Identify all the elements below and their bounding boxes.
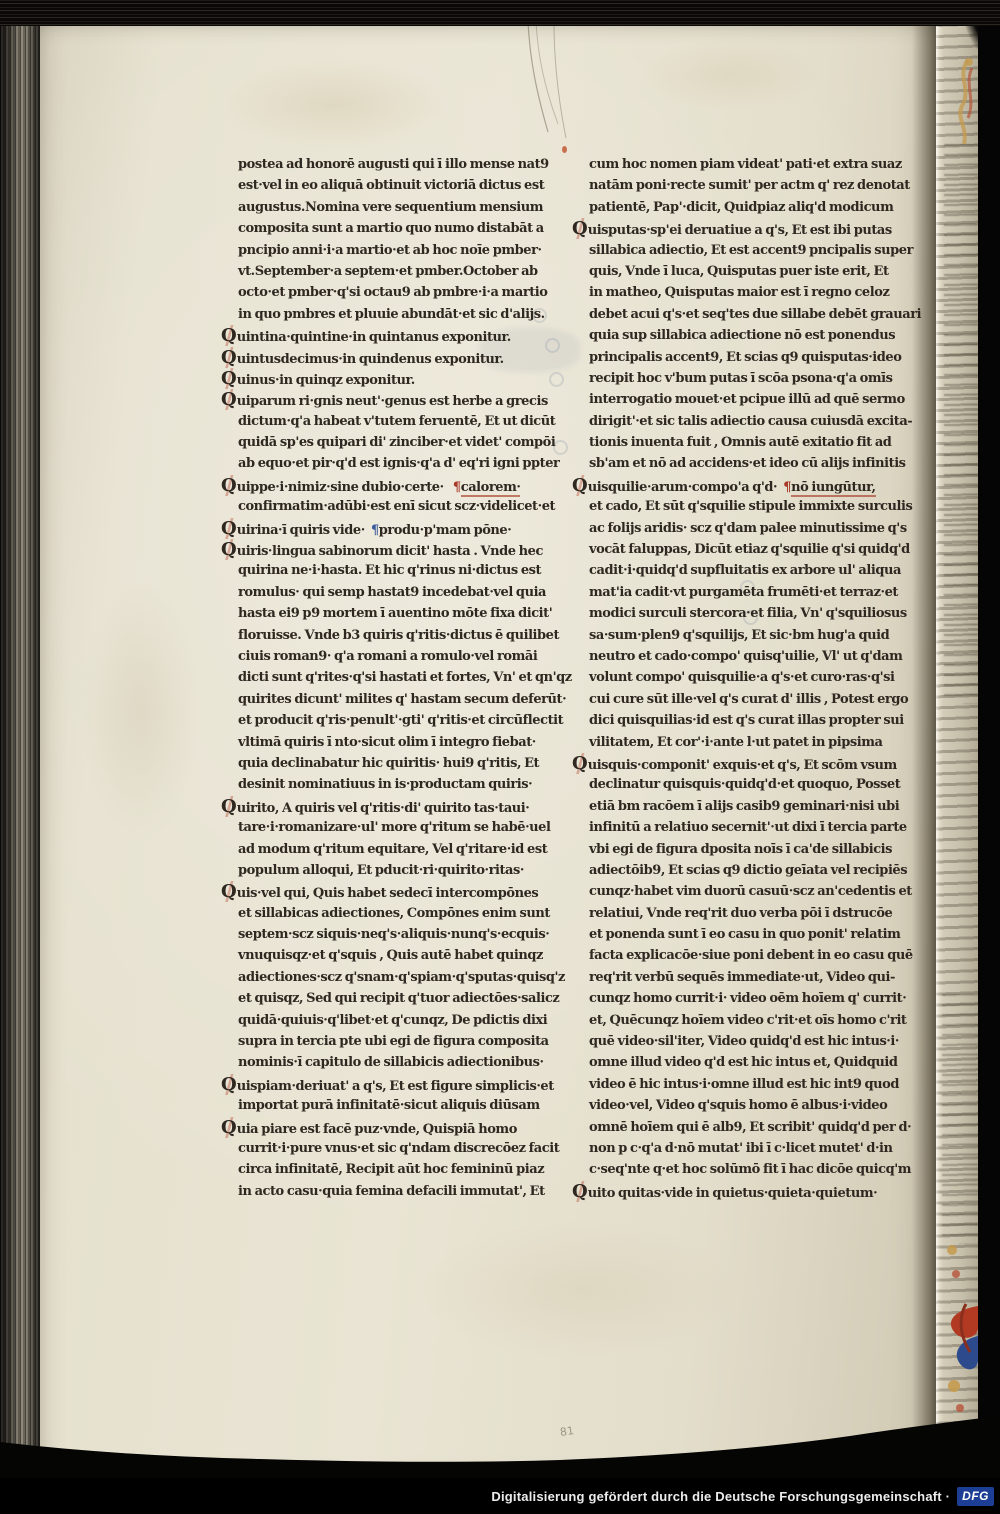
entry-initial: Q — [221, 539, 237, 560]
gutter-shadow — [912, 20, 938, 1472]
text-line: importat purā infinitatē·sicut aliquis d… — [221, 1095, 565, 1116]
entry-initial: Q — [221, 881, 237, 902]
entry-line: Quisputas·sp'ei deruatiue a q's, Et est … — [572, 218, 928, 239]
entry-line: Quis·vel qui, Quis habet sedecī intercom… — [221, 881, 565, 902]
text-line: omnē hoīem qui ē alb9, Et scribit' quidq… — [572, 1117, 928, 1138]
entry-line: Quispiam·deriuat' a q's, Et est figure s… — [221, 1074, 565, 1095]
text-line: et ponenda sunt ī eo casu in quo ponit' … — [572, 924, 928, 945]
entry-initial: Q — [221, 518, 237, 539]
text-line: ad modum q'ritum equitare, Vel q'ritare·… — [221, 839, 565, 860]
text-line: volunt compo' quisquilie·a q's·et curo·r… — [572, 667, 928, 688]
entry-line: Quisquis·componit' exquis·et q's, Et scō… — [572, 753, 928, 774]
text-line: floruisse. Vnde b3 quiris q'ritis·dictus… — [221, 625, 565, 646]
text-column-left: postea ad honorē augusti qui ī illo mens… — [221, 154, 565, 1202]
facing-page-text-blur — [944, 144, 978, 704]
entry-initial: Q — [572, 753, 588, 774]
text-line: quis, Vnde ī luca, Quisputas puer iste e… — [572, 261, 928, 282]
credit-text: Digitalisierung gefördert durch die Deut… — [491, 1489, 950, 1504]
text-line: et quisqz, Sed qui recipit q'tuor adiect… — [221, 988, 565, 1009]
text-line: sa·sum·plen9 q'squilijs, Et sic·bm hug'a… — [572, 625, 928, 646]
text-line: cunqz·habet vim duorū casuū·scz an'ceden… — [572, 881, 928, 902]
text-line: hasta ei9 p9 mortem ī auentino mōte fixa… — [221, 603, 565, 624]
text-line: et producit q'ris·penult'·gti' q'ritis·e… — [221, 710, 565, 731]
entry-line: Quippe·i·nimiz·sine dubio·certe· ¶calore… — [221, 475, 565, 496]
text-line: interrogatio mouet·et pcipue illū ad quē… — [572, 389, 928, 410]
text-line: quirina ne·i·hasta. Et hic q'rinus ni·di… — [221, 560, 565, 581]
entry-line: Quiparum ri·gnis neut'·genus est herbe a… — [221, 389, 565, 410]
text-line: tare·i·romanizare·ul' more q'ritum se ha… — [221, 817, 565, 838]
text-line: video·vel, Video q'squis homo ē albus·i·… — [572, 1095, 928, 1116]
page-crease — [470, 20, 590, 150]
text-line: cunqz homo currit·i· video oēm hoīem q' … — [572, 988, 928, 1009]
text-line: currit·i·pure vnus·et sic q'ndam discrec… — [221, 1138, 565, 1159]
text-line: cum hoc nomen piam videat' pati·et extra… — [572, 154, 928, 175]
text-line: vltimā quiris ī nto·sicut olim ī integro… — [221, 732, 565, 753]
stain — [640, 40, 820, 110]
text-line: circa infinitatē, Recipit aūt hoc femini… — [221, 1159, 565, 1180]
text-line: confirmatim·adūbi·est enī sicut scz·vide… — [221, 496, 565, 517]
entry-initial: Q — [221, 1117, 237, 1138]
entry-line: Quiris·lingua sabinorum dicit' hasta . V… — [221, 539, 565, 560]
text-line: septem·scz siquis·neq's·aliquis·nunq's·e… — [221, 924, 565, 945]
entry-initial: Q — [221, 325, 237, 346]
text-line: c·seq'nte q·et hoc solūmō fit ī hac dicō… — [572, 1159, 928, 1180]
entry-line: Quisquilie·arum·compo'a q'd· ¶nō iungūtu… — [572, 475, 928, 496]
text-line: vnuquisqz·et q'squis , Quis autē habet q… — [221, 945, 565, 966]
text-line: req'rit verbū sequēs immediate·ut, Video… — [572, 967, 928, 988]
text-line: quirites dicunt' milites q' hastam secum… — [221, 689, 565, 710]
text-line: etiā bm racōem ī alijs casib9 geminari·n… — [572, 796, 928, 817]
pilcrow-mark: ¶ — [371, 523, 379, 538]
entry-line: Quia piare est facē puz·vnde, Quispiā ho… — [221, 1117, 565, 1138]
stain — [80, 580, 200, 840]
text-line: neutro et cado·compo' quisq'uilie, Vl' u… — [572, 646, 928, 667]
text-column-right: cum hoc nomen piam videat' pati·et extra… — [572, 154, 928, 1202]
text-line: infinitū a relatiuo secernit'·ut dixi ī … — [572, 817, 928, 838]
entry-line: Quirito, A quiris vel q'ritis·di' quirit… — [221, 796, 565, 817]
text-line: et, Quēcunqz hoīem video c'rit·et oīs ho… — [572, 1010, 928, 1031]
text-line: video ē hic intus·i·omne illud est hic i… — [572, 1074, 928, 1095]
stain — [420, 1220, 740, 1360]
facing-page-edge — [936, 24, 978, 1472]
text-line: in acto casu·quia femina defacili immuta… — [221, 1181, 565, 1202]
page-stack-top-edge — [0, 0, 1000, 26]
text-line: octo·et pmber·q'si octau9 ab pmbre·i·a m… — [221, 282, 565, 303]
text-line: dici quisquilias·id est q's curat illas … — [572, 710, 928, 731]
pilcrow-mark: ¶ — [453, 480, 461, 495]
entry-line: Quinus·in quinqz exponitur. — [221, 368, 565, 389]
entry-line: Quintusdecimus·in quindenus exponitur. — [221, 347, 565, 368]
text-line: desinit nominatiuus in is·productam quir… — [221, 774, 565, 795]
entry-line: Quintina·quintine·in quintanus exponitur… — [221, 325, 565, 346]
text-line: composita sunt a martio quo numo distabā… — [221, 218, 565, 239]
text-line: ciuis roman9· q'a romani a romulo·vel ro… — [221, 646, 565, 667]
text-line: sb'am et nō ad accidens·et ideo cū alijs… — [572, 453, 928, 474]
text-line: supra in tercia pte ubi egi de figura co… — [221, 1031, 565, 1052]
text-line: declinatur quisquis·quidq'd·et quoquo, P… — [572, 774, 928, 795]
text-line: et cado, Et sūt q'squilie stipule immixt… — [572, 496, 928, 517]
text-line: relatiui, Vnde req'rit duo verba pōi ī d… — [572, 903, 928, 924]
facing-page-text-blur — [942, 994, 978, 1244]
text-line: populum alloqui, Et pducit·ri·quirito·ri… — [221, 860, 565, 881]
text-line: sillabica adiectio, Et est accent9 pncip… — [572, 240, 928, 261]
text-line: nominis·ī capitulo de sillabicis adiecti… — [221, 1052, 565, 1073]
text-line: et sillabicas adiectiones, Compōnes enim… — [221, 903, 565, 924]
dfg-logo: DFG — [957, 1487, 994, 1506]
text-line: cui cure sūt ille·vel q's curat d' illis… — [572, 689, 928, 710]
text-line: principalis accent9, Et scias q9 quisput… — [572, 347, 928, 368]
text-line: quia sup sillabica adiectione nō est pon… — [572, 325, 928, 346]
text-line: modici surculi stercora·et filia, Vn' q'… — [572, 603, 928, 624]
text-line: ab equo·et pir·q'd est ignis·q'a d' eq'r… — [221, 453, 565, 474]
entry-initial: Q — [221, 796, 237, 817]
text-line: quia declinabatur hic quiritis· hui9 q'r… — [221, 753, 565, 774]
text-line: non p c·q'a d·nō mutat' ibi ī c·licet mu… — [572, 1138, 928, 1159]
entry-initial: Q — [572, 1181, 588, 1202]
red-speck — [562, 146, 567, 153]
text-line: debet acui q's·et seq'tes due sillabe de… — [572, 304, 928, 325]
text-line: adiectōib9, Et scias q9 dictio geīata ve… — [572, 860, 928, 881]
scanned-book-photo: postea ad honorē augusti qui ī illo mens… — [0, 0, 1000, 1514]
text-line: adiectiones·scz q'snam·q'spiam·q'sputas·… — [221, 967, 565, 988]
text-line: in matheo, Quisputas maior est ī regno c… — [572, 282, 928, 303]
text-line: quē video·sil'iter, Video quidq'd est hi… — [572, 1031, 928, 1052]
text-line: augustus.Nomina vere sequentium mensium — [221, 197, 565, 218]
credit-bar: Digitalisierung gefördert durch die Deut… — [0, 1478, 1000, 1514]
text-line: omne illud video q'd est hic intus et, Q… — [572, 1052, 928, 1073]
text-line: postea ad honorē augusti qui ī illo mens… — [221, 154, 565, 175]
pilcrow-mark: ¶ — [783, 480, 791, 495]
manuscript-page: postea ad honorē augusti qui ī illo mens… — [40, 20, 936, 1472]
entry-line: Quirina·ī quiris vide· ¶produ·p'mam pōne… — [221, 518, 565, 539]
text-line: vt.September·a septem·et pmber.October a… — [221, 261, 565, 282]
stain — [220, 60, 450, 150]
text-line: in quo pmbres et pluuie abundāt·et sic d… — [221, 304, 565, 325]
text-line: mat'ia cadit·vt purgamēta frumēti·et ter… — [572, 582, 928, 603]
entry-initial: Q — [572, 475, 588, 496]
entry-initial: Q — [221, 347, 237, 368]
text-line: dictum·q'a habeat v'tutem feruentē, Et u… — [221, 411, 565, 432]
text-line: est·vel in eo aliquā obtinuit victoriā d… — [221, 175, 565, 196]
text-line: quidā sp'es quipari di' zinciber·et vide… — [221, 432, 565, 453]
text-line: tionis inuenta fuit , Omnis autē exitati… — [572, 432, 928, 453]
text-line: ac folijs aridis· scz q'dam palee minuti… — [572, 518, 928, 539]
text-line: pncipio anni·i·a martio·et ab hoc noīe p… — [221, 240, 565, 261]
text-line: dirigit'·et sic talis adiectio causa cui… — [572, 411, 928, 432]
entry-initial: Q — [572, 218, 588, 239]
text-line: patientē, Pap'·dicit, Quidpiaz aliq'd mo… — [572, 197, 928, 218]
text-line: vilitatem, Et cor'·i·ante l·ut patet in … — [572, 732, 928, 753]
entry-initial: Q — [221, 475, 237, 496]
text-line: facta explicacōe·siue poni debent in eo … — [572, 945, 928, 966]
photo-right-margin — [978, 0, 1000, 1514]
text-line: dicti sunt q'rites·q'si hastati et forte… — [221, 667, 565, 688]
text-line: vocāt faluppas, Dicūt etiaz q'squilie q'… — [572, 539, 928, 560]
text-line: cadit·i·quidq'd supfluitatis ex arbore u… — [572, 560, 928, 581]
entry-initial: Q — [221, 368, 237, 389]
text-line: quidā·quiuis·q'libet·et q'cunqz, De pdic… — [221, 1010, 565, 1031]
entry-initial: Q — [221, 389, 237, 410]
entry-line: Quito quitas·vide in quietus·quieta·quie… — [572, 1181, 928, 1202]
text-line: recipit hoc v'bum putas ī scōa psona·q'a… — [572, 368, 928, 389]
text-line: vbi egi de figura dposita noīs ī ca'de s… — [572, 839, 928, 860]
entry-initial: Q — [221, 1074, 237, 1095]
text-line: natām poni·recte sumit' per actm q' rez … — [572, 175, 928, 196]
text-line: romulus· qui semp hastat9 incedebat·vel … — [221, 582, 565, 603]
